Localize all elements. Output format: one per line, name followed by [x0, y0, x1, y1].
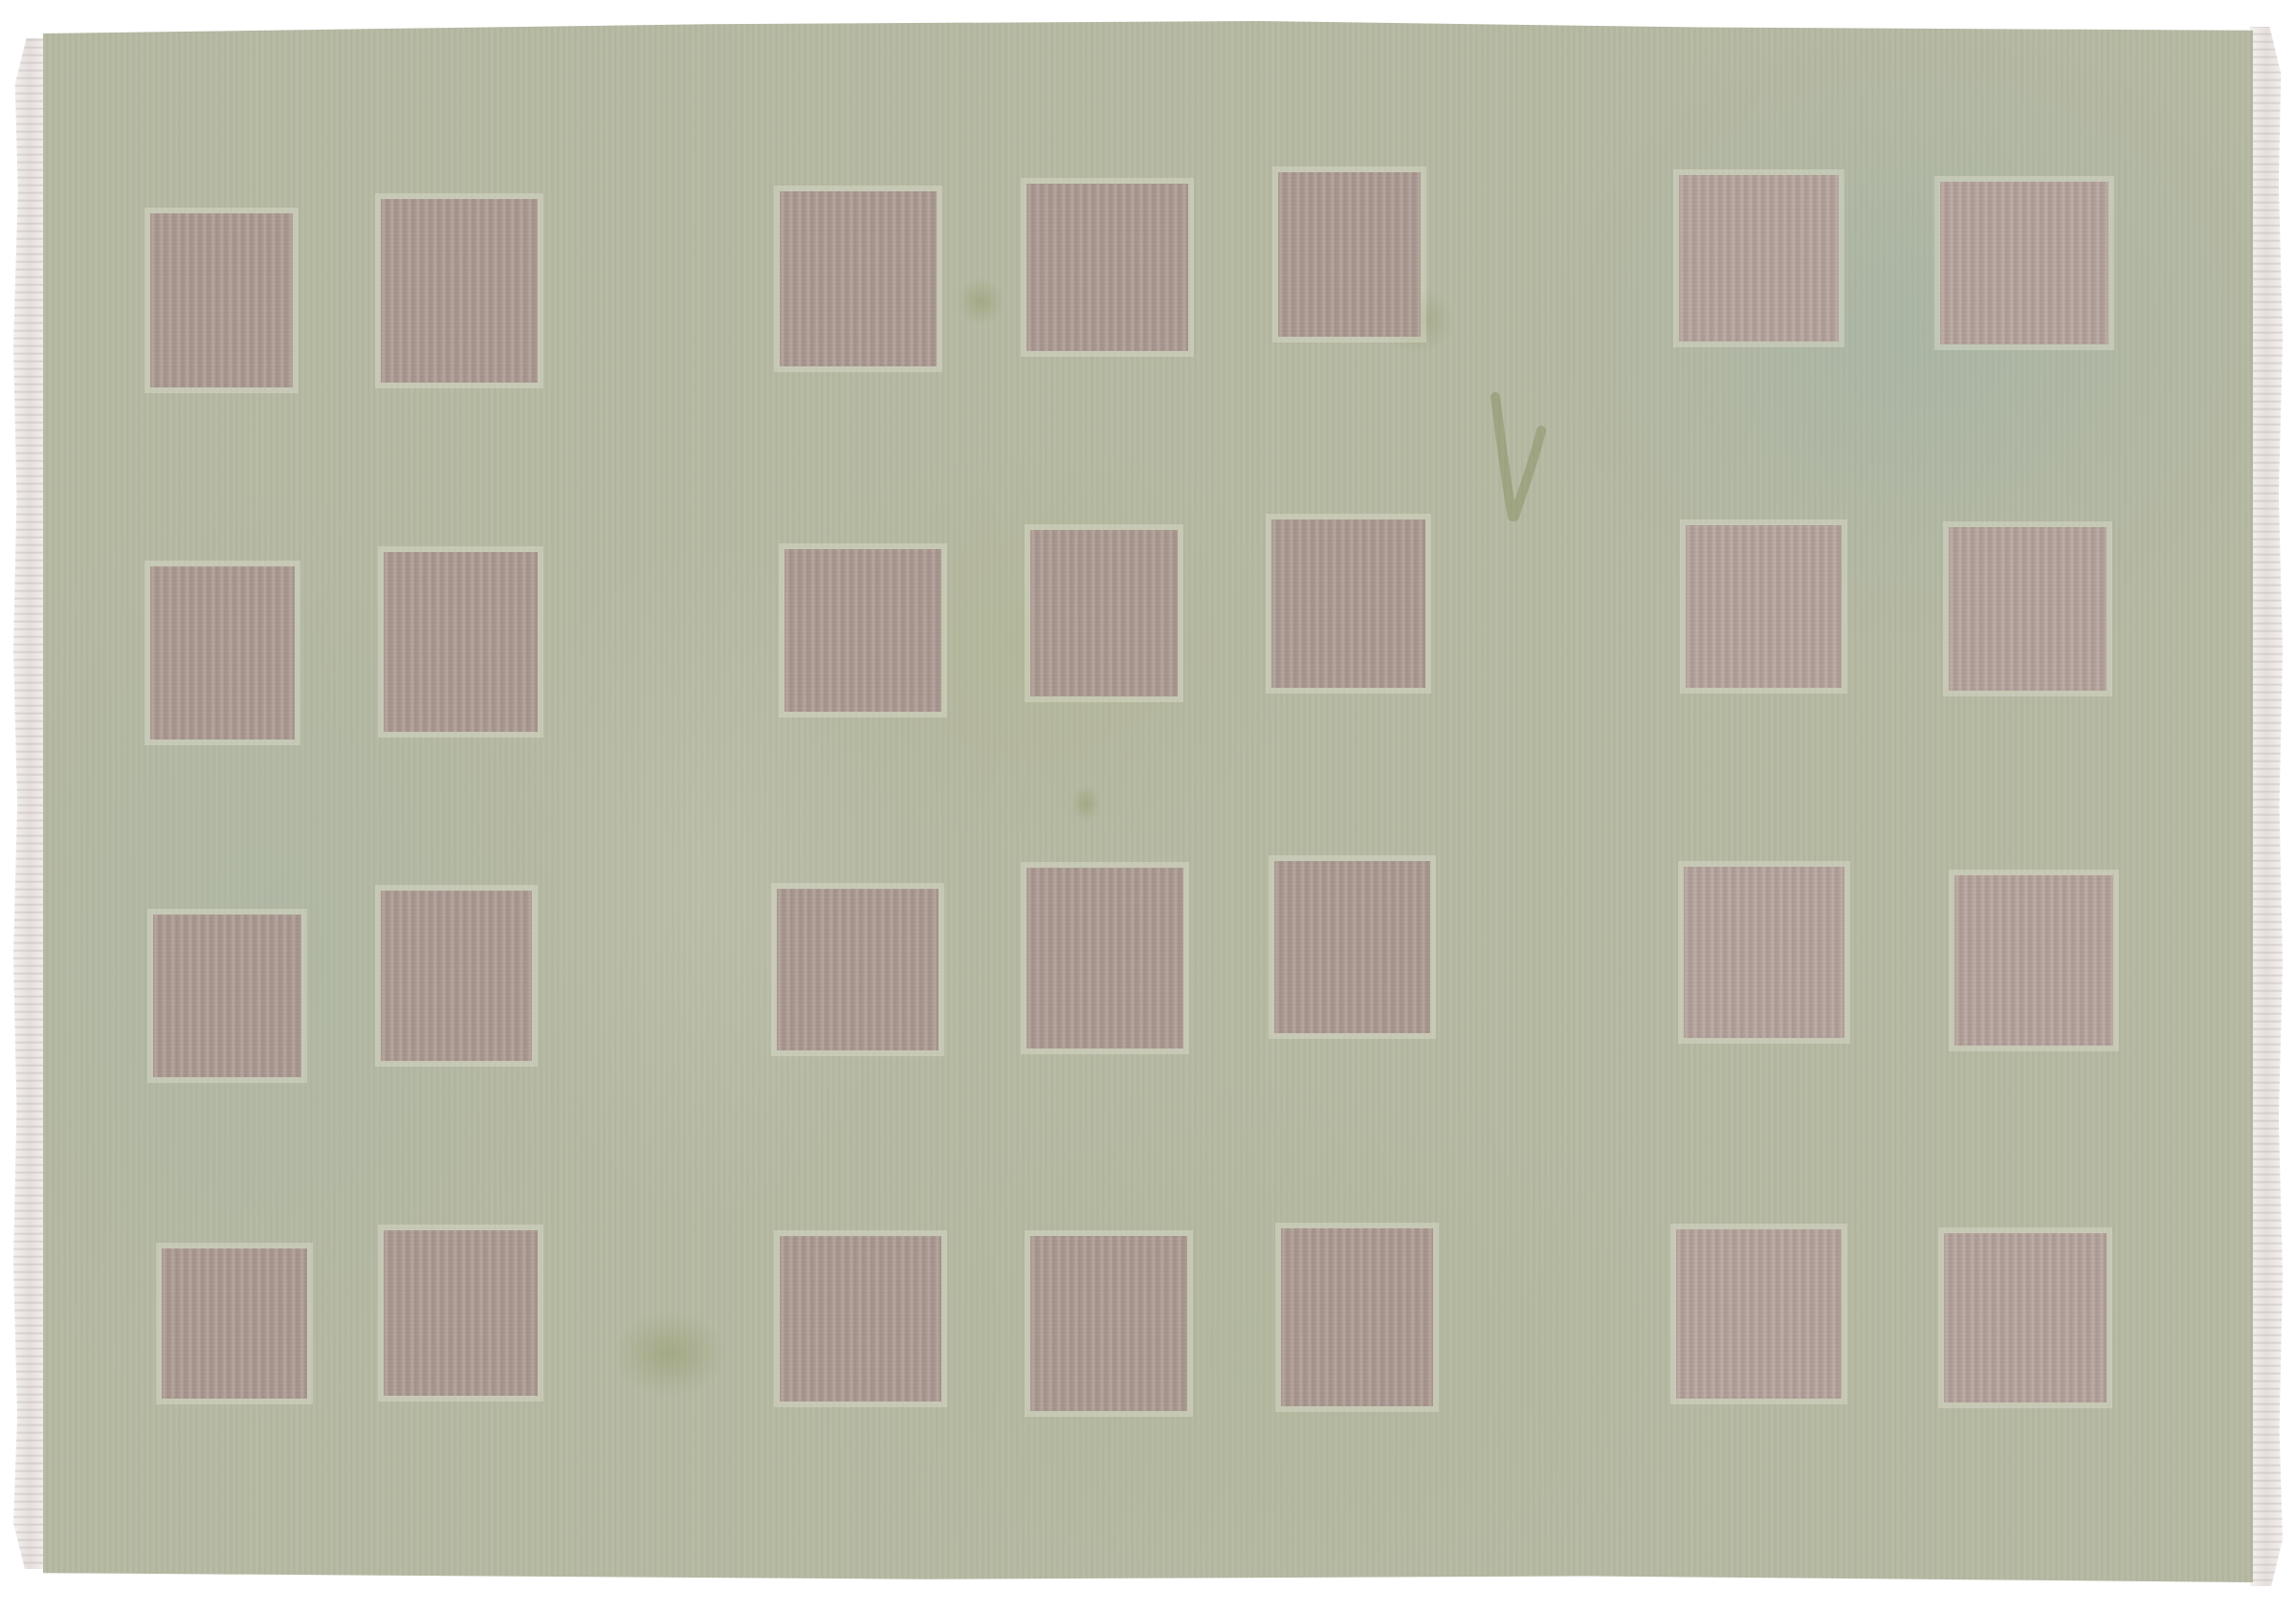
- rug-square-r2-c6: [1686, 525, 1842, 688]
- rug-square-r4-c6: [1676, 1229, 1842, 1399]
- rug-square-r1-c7: [1940, 182, 2108, 344]
- v-stain-mark: [1488, 392, 1555, 526]
- right-fringe: [2250, 27, 2283, 1586]
- rug-square-r3-c6: [1684, 867, 1844, 1038]
- rug-photo: [0, 0, 2296, 1612]
- rug-square-r2-c4: [1030, 530, 1178, 696]
- stain-mark: [612, 1311, 727, 1397]
- rug-square-r4-c5: [1281, 1228, 1433, 1406]
- rug-square-r2-c1: [150, 566, 295, 740]
- rug-square-r4-c3: [780, 1236, 941, 1402]
- stain-mark: [1071, 784, 1100, 823]
- rug-square-r1-c3: [780, 191, 937, 366]
- rug-square-r3-c5: [1274, 861, 1430, 1033]
- rug-body: [43, 21, 2253, 1582]
- left-fringe: [13, 38, 46, 1569]
- rug-square-r4-c7: [1944, 1233, 2107, 1402]
- rug-square-r3-c3: [777, 889, 938, 1050]
- rug-square-r4-c1: [162, 1248, 307, 1399]
- rug-square-r2-c3: [784, 549, 941, 712]
- rug-square-r4-c4: [1030, 1236, 1187, 1411]
- stain-mark: [957, 277, 1004, 325]
- rug-square-r3-c2: [381, 891, 532, 1061]
- rug-square-r3-c1: [153, 915, 301, 1077]
- rug-square-r1-c6: [1679, 175, 1839, 342]
- rug-square-r2-c5: [1271, 519, 1425, 688]
- rug-square-r1-c1: [150, 213, 293, 387]
- rug-square-r1-c5: [1278, 172, 1421, 337]
- rug-square-r3-c7: [1954, 875, 2113, 1046]
- rug-square-r2-c7: [1949, 527, 2107, 691]
- rug-square-r3-c4: [1027, 868, 1183, 1049]
- rug-square-r2-c2: [384, 552, 538, 732]
- rug-square-r1-c2: [381, 199, 538, 383]
- rug-square-r4-c2: [384, 1230, 538, 1396]
- rug-square-r1-c4: [1027, 184, 1188, 351]
